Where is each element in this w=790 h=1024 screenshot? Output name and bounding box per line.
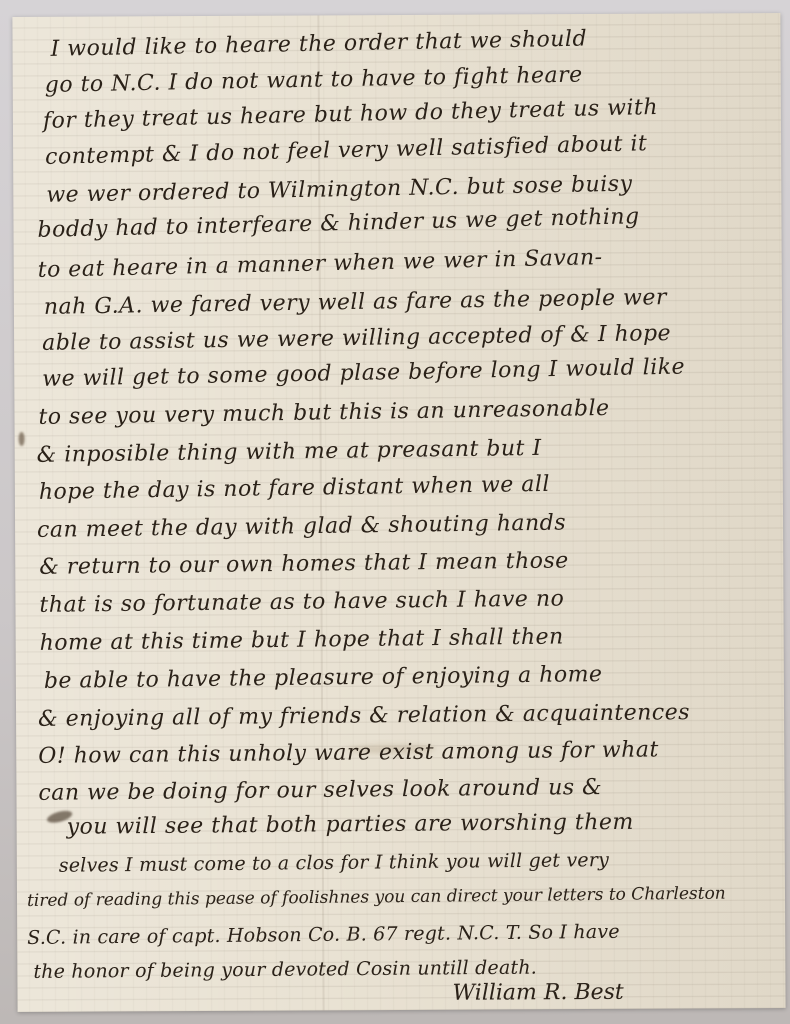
letter-line: can meet the day with glad & shouting ha…: [37, 513, 566, 542]
letter-line: we will get to some good plase before lo…: [42, 357, 685, 391]
letter-line: we wer ordered to Wilmington N.C. but so…: [46, 174, 633, 207]
letter-line: hope the day is not fare distant when we…: [39, 474, 550, 504]
letter-line: can we be doing for our selves look arou…: [38, 777, 602, 805]
letter-line: to see you very much but this is an unre…: [38, 398, 609, 429]
letter-body: I would like to heare the order that we …: [12, 13, 785, 1012]
letter-line: O! how can this unholy ware exist among …: [38, 739, 659, 767]
letter-line: to eat heare in a manner when we wer in …: [37, 247, 602, 282]
letter-line: be able to have the pleasure of enjoying…: [44, 664, 603, 693]
letter-line: & enjoying all of my friends & relation …: [38, 702, 690, 731]
letter-page: I would like to heare the order that we …: [12, 13, 785, 1012]
letter-line: & return to our own homes that I mean th…: [39, 550, 569, 578]
letter-line: selves I must come to a clos for I think…: [59, 851, 609, 876]
letter-line: go to N.C. I do not want to have to figh…: [45, 65, 583, 97]
letter-line: tired of reading this pease of foolishne…: [27, 886, 726, 910]
letter-line: that is so fortunate as to have such I h…: [39, 588, 564, 616]
letter-line: contempt & I do not feel very well satis…: [45, 133, 648, 169]
letter-line: & inposible thing with me at preasant bu…: [37, 438, 542, 467]
letter-line: you will see that both parties are worsh…: [67, 812, 634, 839]
letter-line: able to assist us we were willing accept…: [42, 323, 671, 355]
letter-line: boddy had to interfeare & hinder us we g…: [37, 206, 640, 242]
letter-line: for they treat us heare but how do they …: [43, 97, 659, 133]
letter-line: nah G.A. we fared very well as fare as t…: [44, 287, 667, 319]
signature: William R. Best: [452, 980, 623, 1006]
letter-line: the honor of being your devoted Cosin un…: [33, 959, 537, 982]
letter-line: S.C. in care of capt. Hobson Co. B. 67 r…: [27, 923, 620, 948]
letter-line: I would like to heare the order that we …: [50, 29, 587, 61]
letter-line: home at this time but I hope that I shal…: [40, 626, 564, 654]
